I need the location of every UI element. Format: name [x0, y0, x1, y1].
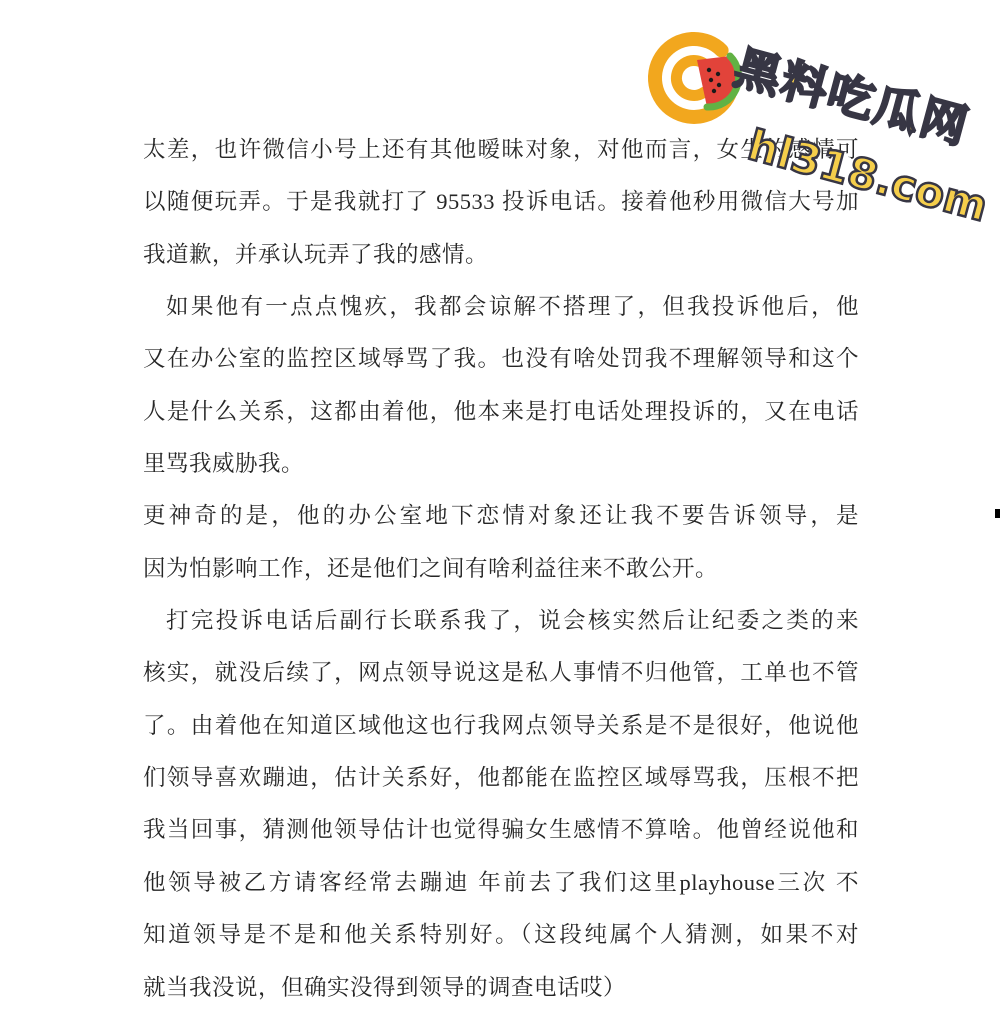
text-line: 打完投诉电话后副行长联系我了，说会核实然后让纪委之类的来 — [143, 595, 859, 647]
text-line: 了。由着他在知道区域他这也行我网点领导关系是不是很好，他说他 — [143, 700, 859, 752]
watermelon-slice-icon — [697, 56, 739, 107]
watermelon-seed — [716, 72, 720, 76]
watermelon-rind — [707, 56, 739, 107]
text-line: 如果他有一点点愧疚，我都会谅解不搭理了，但我投诉他后，他 — [143, 281, 859, 333]
text-line: 我道歉，并承认玩弄了我的感情。 — [143, 229, 859, 281]
text-line: 又在办公室的监控区域辱骂了我。也没有啥处罚我不理解领导和这个 — [143, 333, 859, 385]
text-line: 我当回事，猜测他领导估计也觉得骗女生感情不算啥。他曾经说他和 — [143, 804, 859, 856]
text-line: 太差，也许微信小号上还有其他暧昧对象，对他而言，女生的感情可 — [143, 124, 859, 176]
text-line: 更神奇的是，他的办公室地下恋情对象还让我不要告诉领导，是 — [143, 490, 859, 542]
watermelon-seed — [712, 89, 716, 93]
logo-outer-ring — [655, 39, 729, 117]
text-line: 因为怕影响工作，还是他们之间有啥利益往来不敢公开。 — [143, 543, 859, 595]
watermelon-logo-icon — [645, 28, 745, 128]
text-line: 里骂我威胁我。 — [143, 438, 859, 490]
document-page: 太差，也许微信小号上还有其他暧昧对象，对他而言，女生的感情可以随便玩弄。于是我就… — [0, 0, 1000, 1036]
document-text: 太差，也许微信小号上还有其他暧昧对象，对他而言，女生的感情可以随便玩弄。于是我就… — [143, 124, 859, 1014]
text-line: 们领导喜欢蹦迪，估计关系好，他都能在监控区域辱骂我，压根不把 — [143, 752, 859, 804]
logo-inner-ring — [676, 60, 708, 95]
watermelon-seed — [707, 68, 711, 72]
text-line: 就当我没说，但确实没得到领导的调查电话哎） — [143, 962, 859, 1014]
watermelon-seed — [717, 83, 721, 87]
text-line: 以随便玩弄。于是我就打了 95533 投诉电话。接着他秒用微信大号加 — [143, 176, 859, 228]
text-line: 人是什么关系，这都由着他，他本来是打电话处理投诉的，又在电话 — [143, 386, 859, 438]
watermelon-seed — [709, 78, 713, 82]
text-line: 他领导被乙方请客经常去蹦迪 年前去了我们这里playhouse三次 不 — [143, 857, 859, 909]
scan-edge-artifact — [995, 509, 1000, 518]
text-line: 核实，就没后续了，网点领导说这是私人事情不归他管，工单也不管 — [143, 647, 859, 699]
text-line: 知道领导是不是和他关系特别好。（这段纯属个人猜测，如果不对 — [143, 909, 859, 961]
